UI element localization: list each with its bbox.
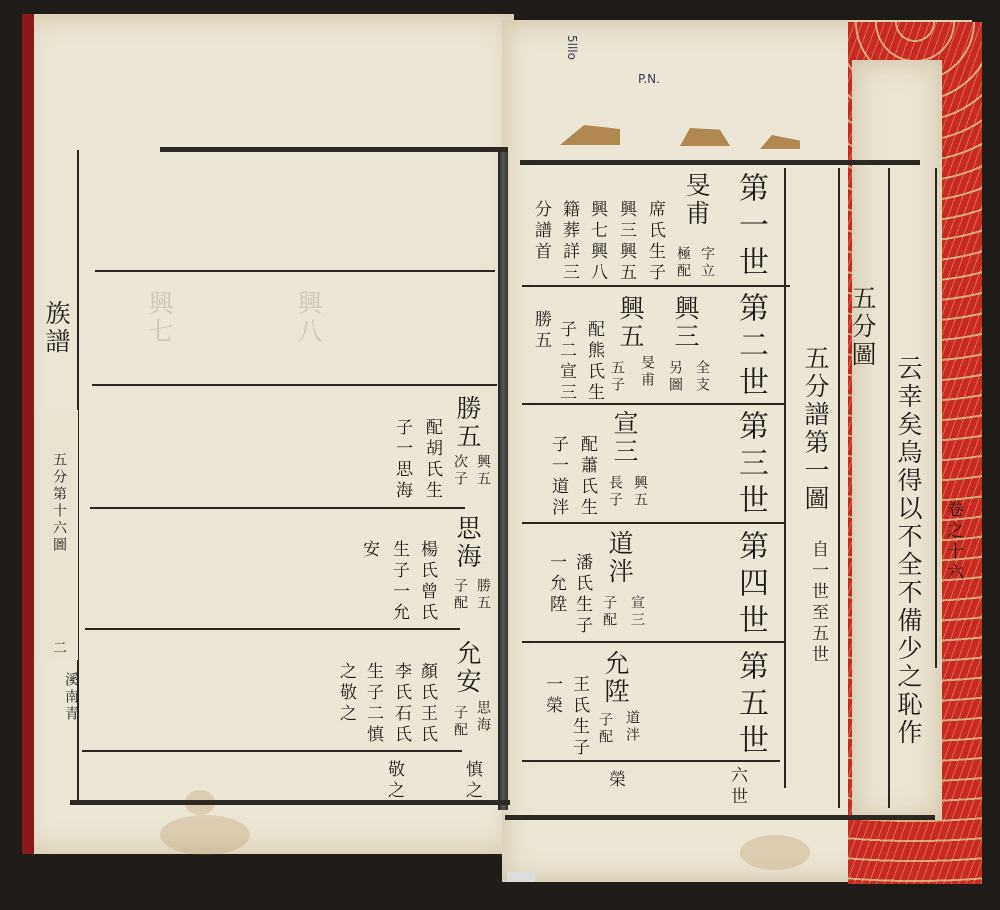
generation-header: 第五世 (735, 650, 765, 761)
person-note: 子配 (598, 712, 612, 746)
person-detail: 興三興五 (617, 200, 634, 284)
column-line (935, 168, 937, 668)
row-divider (95, 270, 495, 272)
chart-range: 自一世至五世 (809, 540, 826, 666)
person-name: 宣三 (612, 410, 637, 466)
spine-title: 族譜 (44, 300, 69, 356)
catalog-stamp (507, 872, 535, 882)
row-divider (522, 641, 784, 643)
person-note: 勝五 (476, 578, 490, 612)
column-line (888, 168, 890, 808)
generation-header: 第三世 (735, 410, 765, 521)
person-note: 子配 (453, 705, 467, 739)
person-detail: 之敬之 (337, 662, 354, 725)
left-cover-edge (22, 14, 34, 854)
generation-header: 第二世 (735, 292, 765, 403)
person-name: 興三 (673, 295, 698, 351)
spine-page-number: 二 (52, 640, 66, 657)
person-detail: 配蕭氏生 (578, 435, 595, 519)
handwritten-mark: P.N. (638, 72, 660, 86)
row-divider (522, 285, 790, 287)
person-note: 思海 (476, 700, 490, 734)
person-note: 子配 (602, 595, 616, 629)
faded-name: 興八 (296, 290, 321, 346)
person-detail: 安 (360, 540, 377, 561)
person-note: 次子 (453, 454, 467, 488)
spine-hall-name: 溪南青 (64, 672, 78, 723)
person-note: 字立 (700, 246, 714, 280)
person-name: 興五 (618, 295, 643, 351)
handwritten-mark: 5lllo (565, 35, 579, 60)
person-detail: 一允陞 (547, 553, 564, 616)
person-detail: 生子二慎 (364, 662, 381, 746)
side-title: 五分圖 (850, 285, 875, 369)
row-divider (522, 522, 784, 524)
person-note: 興五 (633, 475, 647, 509)
person-detail: 籍葬詳三 (560, 200, 577, 284)
person-note: 全支 (695, 360, 709, 394)
generation-header: 六世 (728, 766, 745, 808)
person-name: 允陞 (603, 650, 628, 706)
row-divider (90, 507, 465, 509)
person-note: 子配 (453, 578, 467, 612)
person-detail: 楊氏曾氏 (418, 540, 435, 624)
column-line (838, 168, 840, 808)
row-divider (85, 628, 460, 630)
person-note: 五子 (610, 360, 624, 394)
bottom-border (70, 800, 510, 805)
preface-text: 云幸矣烏得以不全不備少之恥作 (896, 355, 921, 747)
person-detail: 配胡氏生 (423, 418, 440, 502)
person-detail: 王氏生子 (570, 675, 587, 759)
person-name: 慎之 (463, 760, 480, 802)
person-detail: 顏氏王氏 (418, 662, 435, 746)
water-stain (740, 835, 810, 870)
person-name: 旻甫 (684, 172, 709, 228)
person-detail: 子一思海 (393, 418, 410, 502)
spine-section: 五分第十六圖 (52, 452, 66, 554)
person-name: 榮 (606, 770, 623, 791)
person-note: 旻甫 (640, 355, 654, 389)
person-name: 思海 (455, 515, 480, 571)
top-border (520, 160, 920, 165)
person-detail: 配熊氏生 (585, 320, 602, 404)
person-detail: 子二宣三 (557, 320, 574, 404)
faded-name: 興七 (147, 290, 172, 346)
row-divider (82, 750, 462, 752)
volume-label: 卷之十六 (944, 500, 961, 584)
person-detail: 勝五 (532, 310, 549, 352)
person-name: 敬之 (385, 760, 402, 802)
person-detail: 子一道泮 (549, 435, 566, 519)
person-note: 長子 (608, 475, 622, 509)
generation-header: 第四世 (735, 530, 765, 641)
person-name: 允安 (455, 640, 480, 696)
person-detail: 興七興八 (588, 200, 605, 284)
person-detail: 潘氏生子 (573, 553, 590, 637)
person-note: 極配 (676, 246, 690, 280)
person-detail: 席氏生子 (646, 200, 663, 284)
person-detail: 生子一允 (390, 540, 407, 624)
person-note: 興五 (476, 454, 490, 488)
person-detail: 李氏石氏 (392, 662, 409, 746)
person-note: 宣三 (630, 595, 644, 629)
row-divider (92, 384, 497, 386)
water-stain (160, 815, 250, 855)
bottom-border (505, 815, 935, 820)
person-name: 勝五 (455, 395, 480, 451)
person-detail: 一榮 (543, 675, 560, 717)
book-spine (498, 150, 508, 810)
top-border (160, 147, 508, 152)
person-note: 道泮 (625, 710, 639, 744)
person-name: 道泮 (607, 530, 632, 586)
generation-header: 第一世 (735, 172, 765, 283)
column-line (784, 168, 786, 788)
person-note: 另圖 (668, 360, 682, 394)
chart-title: 五分譜第一圖 (803, 345, 828, 513)
person-detail: 分譜首 (532, 200, 549, 263)
